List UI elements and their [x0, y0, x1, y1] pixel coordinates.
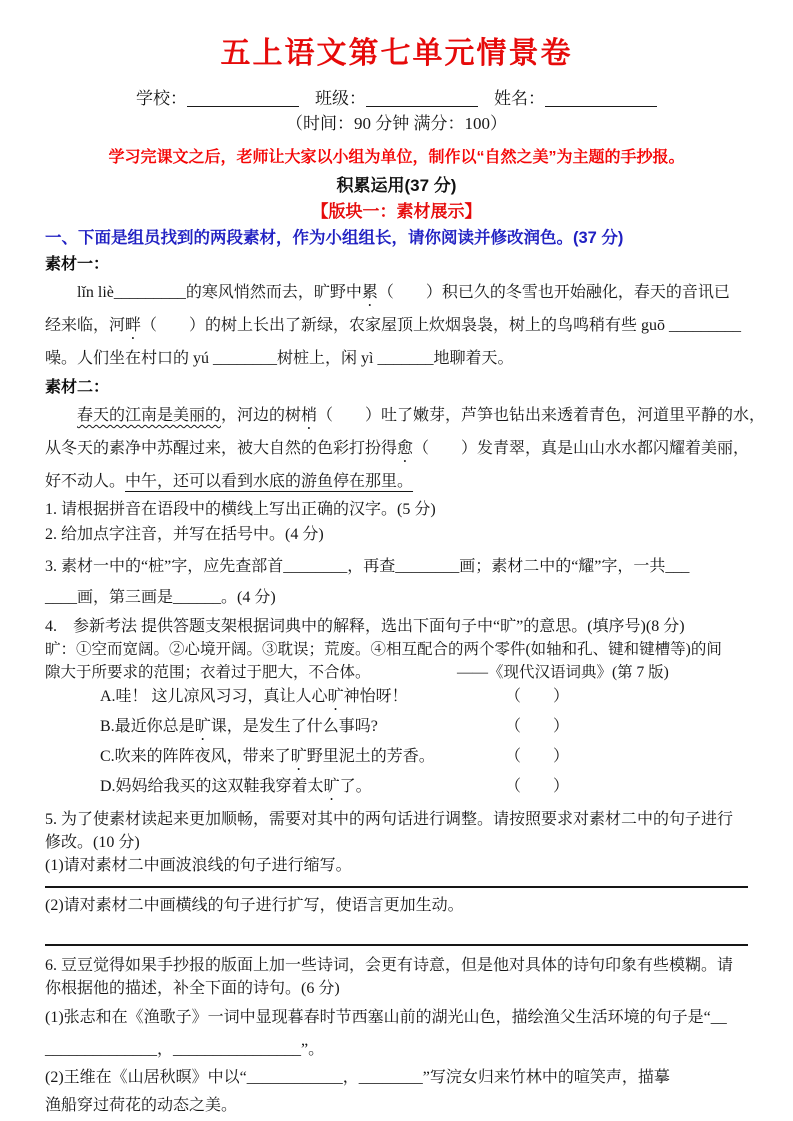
text-segment: （ ）发青翠，真是山山水水都闪耀着美丽， — [413, 440, 749, 457]
school-blank-line — [187, 89, 299, 107]
option-a-answer-paren: （ ） — [505, 684, 569, 710]
option-d-text: D.妈妈给我买的这双鞋我穿着太旷了。 — [100, 778, 372, 795]
question-6-sub-1-line-2: ______________，________________”。 — [45, 1038, 748, 1062]
name-blank-line — [545, 89, 657, 107]
text-segment: C.吹来的阵阵夜风，带来了 — [100, 748, 291, 765]
question-4-intro: 4. 参新考法 提供答题支架根据词典中的解释，选出下面句子中“旷”的意思。(填序… — [45, 615, 748, 638]
option-c-text: C.吹来的阵阵夜风，带来了旷野里泥土的芳香。 — [100, 748, 435, 765]
text-segment: D.妈妈给我买的这双鞋我穿着太 — [100, 778, 324, 795]
class-blank-line — [366, 89, 478, 107]
text-segment: _________ — [669, 317, 741, 334]
text-segment: 好不动人。 — [45, 473, 125, 490]
option-b-answer-paren: （ ） — [505, 714, 569, 740]
material-1-line: 经来临，河畔（ ）的树上长出了新绿，农家屋顶上炊烟袅袅，树上的鸟鸣稍有些 guō… — [45, 310, 748, 343]
answer-line — [45, 886, 748, 888]
text-segment: lǐn liè — [77, 284, 114, 301]
material-2-line: 好不动人。中午，还可以看到水底的游鱼停在那里。 — [45, 466, 748, 497]
text-segment: （ ）吐了嫩芽，芦笋也钻出来透着青色，河道里平静的水， — [317, 407, 765, 424]
text-segment: ，河边的树 — [221, 407, 301, 424]
material-2-line: 春天的江南是美丽的，河边的树梢（ ）吐了嫩芽，芦笋也钻出来透着青色，河道里平静的… — [45, 400, 748, 433]
material-2-line: 从冬天的素净中苏醒过来，被大自然的色彩打扮得愈（ ）发青翠，真是山山水水都闪耀着… — [45, 433, 748, 466]
student-info-row: 学校：班级：姓名： — [45, 86, 748, 111]
page-title: 五上语文第七单元情景卷 — [45, 34, 748, 74]
text-segment: 了。 — [340, 778, 372, 795]
text-segment: （ ）积已久的冬雪也开始融化，春天的音讯已 — [378, 284, 730, 301]
text-segment: 课，是发生了什么事吗? — [211, 718, 378, 735]
emphasis-dotted-char: 梢 — [301, 407, 317, 424]
text-segment: 经来临，河 — [45, 317, 125, 334]
exam-paper: 五上语文第七单元情景卷 学校：班级：姓名： （时间：90 分钟 满分：100） … — [0, 0, 793, 1118]
underlined-sentence: 中午，还可以看到水底的游鱼停在那里。 — [125, 473, 413, 490]
material-1-text: lǐn liè_________的寒风悄然而去，旷野中累（ ）积已久的冬雪也开始… — [45, 277, 748, 375]
text-segment: A.哇！ 这儿凉风习习，真让人心 — [100, 688, 328, 705]
part-heading: 积累运用(37 分) — [45, 173, 748, 199]
name-field: 姓名： — [494, 86, 657, 111]
emphasis-dotted-char: 愈 — [397, 440, 413, 457]
dictionary-definition-line-2: 隙大于所要求的范围；衣着过于肥大，不合体。 ——《现代汉语词典》(第 7 版) — [45, 661, 748, 684]
question-6-sub-2-line-1: (2)王维在《山居秋暝》中以“____________，________”写浣女… — [45, 1066, 748, 1090]
material-1-line: lǐn liè_________的寒风悄然而去，旷野中累（ ）积已久的冬雪也开始… — [45, 277, 748, 310]
dictionary-definition-line-1: 旷：①空而宽阔。②心境开阔。③耽误；荒废。④相互配合的两个零件(如轴和孔、键和键… — [45, 638, 748, 661]
text-segment: 从冬天的素净中苏醒过来，被大自然的色彩打扮得 — [45, 440, 397, 457]
text-segment: 地聊着天。 — [433, 350, 513, 367]
question-1: 1. 请根据拼音在语段中的横线上写出正确的汉字。(5 分) — [45, 497, 748, 522]
option-a-text: A.哇！ 这儿凉风习习，真让人心旷神怡呀！ — [100, 688, 408, 705]
text-segment: 噪。人们坐在村口的 yú — [45, 350, 213, 367]
wavy-underlined-sentence: 春天的江南是美丽的 — [77, 407, 221, 424]
text-segment: 神怡呀！ — [344, 688, 408, 705]
school-label: 学校： — [136, 89, 187, 108]
question-6-line-2: 你根据他的描述，补全下面的诗句。(6 分) — [45, 977, 748, 1000]
text-segment: ________ — [213, 350, 277, 367]
text-segment: 的寒风悄然而去，旷野中 — [186, 284, 362, 301]
emphasis-dotted-char: 旷 — [291, 748, 307, 765]
question-5-sub-1: (1)请对素材二中画波浪线的句子进行缩写。 — [45, 854, 748, 877]
question-6-sub-1-line-1: (1)张志和在《渔歌子》一词中显现暮春时节西塞山前的湖光山色，描绘渔父生活环境的… — [45, 1006, 748, 1030]
option-b-text: B.最近你总是旷课，是发生了什么事吗? — [100, 718, 378, 735]
section-one-heading: 一、下面是组员找到的两段素材，作为小组组长，请你阅读并修改润色。(37 分) — [45, 225, 748, 252]
text-segment: _______ — [377, 350, 433, 367]
block-one-heading: 【版块一：素材展示】 — [45, 199, 748, 225]
dictionary-source: ——《现代汉语词典》(第 7 版) — [457, 661, 669, 684]
exam-time-score-info: （时间：90 分钟 满分：100） — [45, 111, 748, 136]
material-1-label: 素材一： — [45, 252, 748, 277]
school-field: 学校： — [136, 86, 315, 111]
emphasis-dotted-char: 旷 — [328, 688, 344, 705]
teacher-notice: 学习完课文之后，老师让大家以小组为单位，制作以“自然之美”为主题的手抄报。 — [45, 145, 748, 171]
dictionary-definition-text: 隙大于所要求的范围；衣着过于肥大，不合体。 — [45, 664, 371, 681]
question-6-sub-2-line-2: 渔船穿过荷花的动态之美。 — [45, 1094, 748, 1118]
question-5-line-1: 5. 为了使素材读起来更加顺畅，需要对其中的两句话进行调整。请按照要求对素材二中… — [45, 808, 748, 831]
question-5-line-2: 修改。(10 分) — [45, 831, 748, 854]
question-4-option-d: D.妈妈给我买的这双鞋我穿着太旷了。 （ ） — [45, 774, 748, 804]
question-4-option-a: A.哇！ 这儿凉风习习，真让人心旷神怡呀！ （ ） — [45, 684, 748, 714]
class-field: 班级： — [315, 86, 494, 111]
text-segment: 树桩上，闲 yì — [277, 350, 377, 367]
text-segment: B.最近你总是 — [100, 718, 195, 735]
emphasis-dotted-char: 旷 — [195, 718, 211, 735]
question-3-line-2: ____画，第三画是______。(4 分) — [45, 582, 748, 613]
emphasis-dotted-char: 累 — [362, 284, 378, 301]
name-label: 姓名： — [494, 89, 545, 108]
class-label: 班级： — [315, 89, 366, 108]
text-segment: （ ）的树上长出了新绿，农家屋顶上炊烟袅袅，树上的鸟鸣稍有些 guō — [141, 317, 669, 334]
option-d-answer-paren: （ ） — [505, 774, 569, 800]
material-1-line: 噪。人们坐在村口的 yú ________树桩上，闲 yì _______地聊着… — [45, 343, 748, 375]
question-5-sub-2: (2)请对素材二中画横线的句子进行扩写，使语言更加生动。 — [45, 894, 748, 917]
text-segment: _________ — [114, 284, 186, 301]
question-3-line-1: 3. 素材一中的“桩”字，应先查部首________，再查________画；素… — [45, 551, 748, 582]
option-c-answer-paren: （ ） — [505, 744, 569, 770]
material-2-text: 春天的江南是美丽的，河边的树梢（ ）吐了嫩芽，芦笋也钻出来透着青色，河道里平静的… — [45, 400, 748, 497]
question-4-option-c: C.吹来的阵阵夜风，带来了旷野里泥土的芳香。 （ ） — [45, 744, 748, 774]
emphasis-dotted-char: 旷 — [324, 778, 340, 795]
text-segment: 野里泥土的芳香。 — [307, 748, 435, 765]
material-2-label: 素材二： — [45, 375, 748, 400]
answer-line — [45, 944, 748, 946]
emphasis-dotted-char: 畔 — [125, 317, 141, 334]
question-6-line-1: 6. 豆豆觉得如果手抄报的版面上加一些诗词，会更有诗意，但是他对具体的诗句印象有… — [45, 954, 748, 977]
question-4-option-b: B.最近你总是旷课，是发生了什么事吗? （ ） — [45, 714, 748, 744]
question-2: 2. 给加点字注音，并写在括号中。(4 分) — [45, 522, 748, 547]
